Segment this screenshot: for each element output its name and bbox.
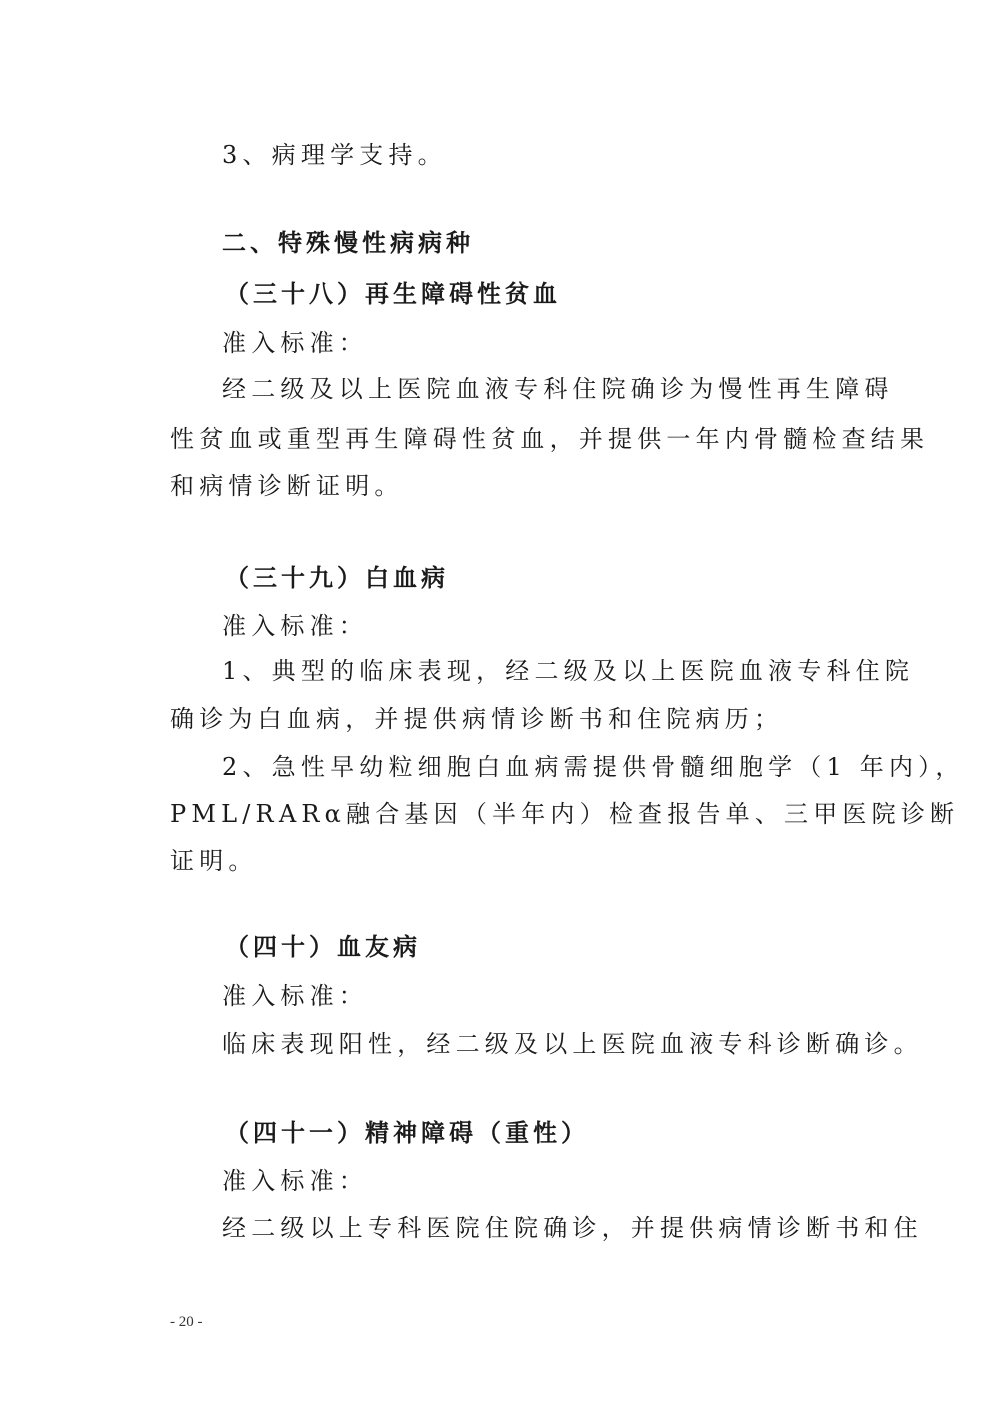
section-heading-special-chronic-diseases: 二、特殊慢性病病种 xyxy=(222,228,474,258)
subheading-leukemia: （三十九）白血病 xyxy=(225,563,449,593)
paragraph-line: 临床表现阳性，经二级及以上医院血液专科诊断确诊。 xyxy=(222,1029,923,1059)
subheading-aplastic-anemia: （三十八）再生障碍性贫血 xyxy=(225,279,561,309)
paragraph-line: PML/RARα融合基因（半年内）检查报告单、三甲医院诊断 xyxy=(170,799,959,829)
page-number: - 20 - xyxy=(170,1314,203,1331)
paragraph-line: 1、典型的临床表现，经二级及以上医院血液专科住院 xyxy=(222,656,914,686)
paragraph-pathology-support: 3、病理学支持。 xyxy=(222,140,447,170)
paragraph-line: 确诊为白血病，并提供病情诊断书和住院病历； xyxy=(170,704,783,734)
paragraph-line: 和病情诊断证明。 xyxy=(170,471,404,501)
subheading-hemophilia: （四十）血友病 xyxy=(225,932,421,962)
label-admission-criteria: 准入标准： xyxy=(222,981,368,1011)
paragraph-line: 经二级以上专科医院住院确诊，并提供病情诊断书和住 xyxy=(222,1213,923,1243)
subheading-mental-disorder: （四十一）精神障碍（重性） xyxy=(225,1118,589,1148)
paragraph-line: 性贫血或重型再生障碍性贫血，并提供一年内骨髓检查结果 xyxy=(170,424,929,454)
label-admission-criteria: 准入标准： xyxy=(222,328,368,358)
paragraph-line: 证明。 xyxy=(170,846,258,876)
label-admission-criteria: 准入标准： xyxy=(222,1166,368,1196)
paragraph-line: 经二级及以上医院血液专科住院确诊为慢性再生障碍 xyxy=(222,374,894,404)
label-admission-criteria: 准入标准： xyxy=(222,611,368,641)
paragraph-line: 2、急性早幼粒细胞白血病需提供骨髓细胞学（1 年内）， xyxy=(222,752,965,782)
